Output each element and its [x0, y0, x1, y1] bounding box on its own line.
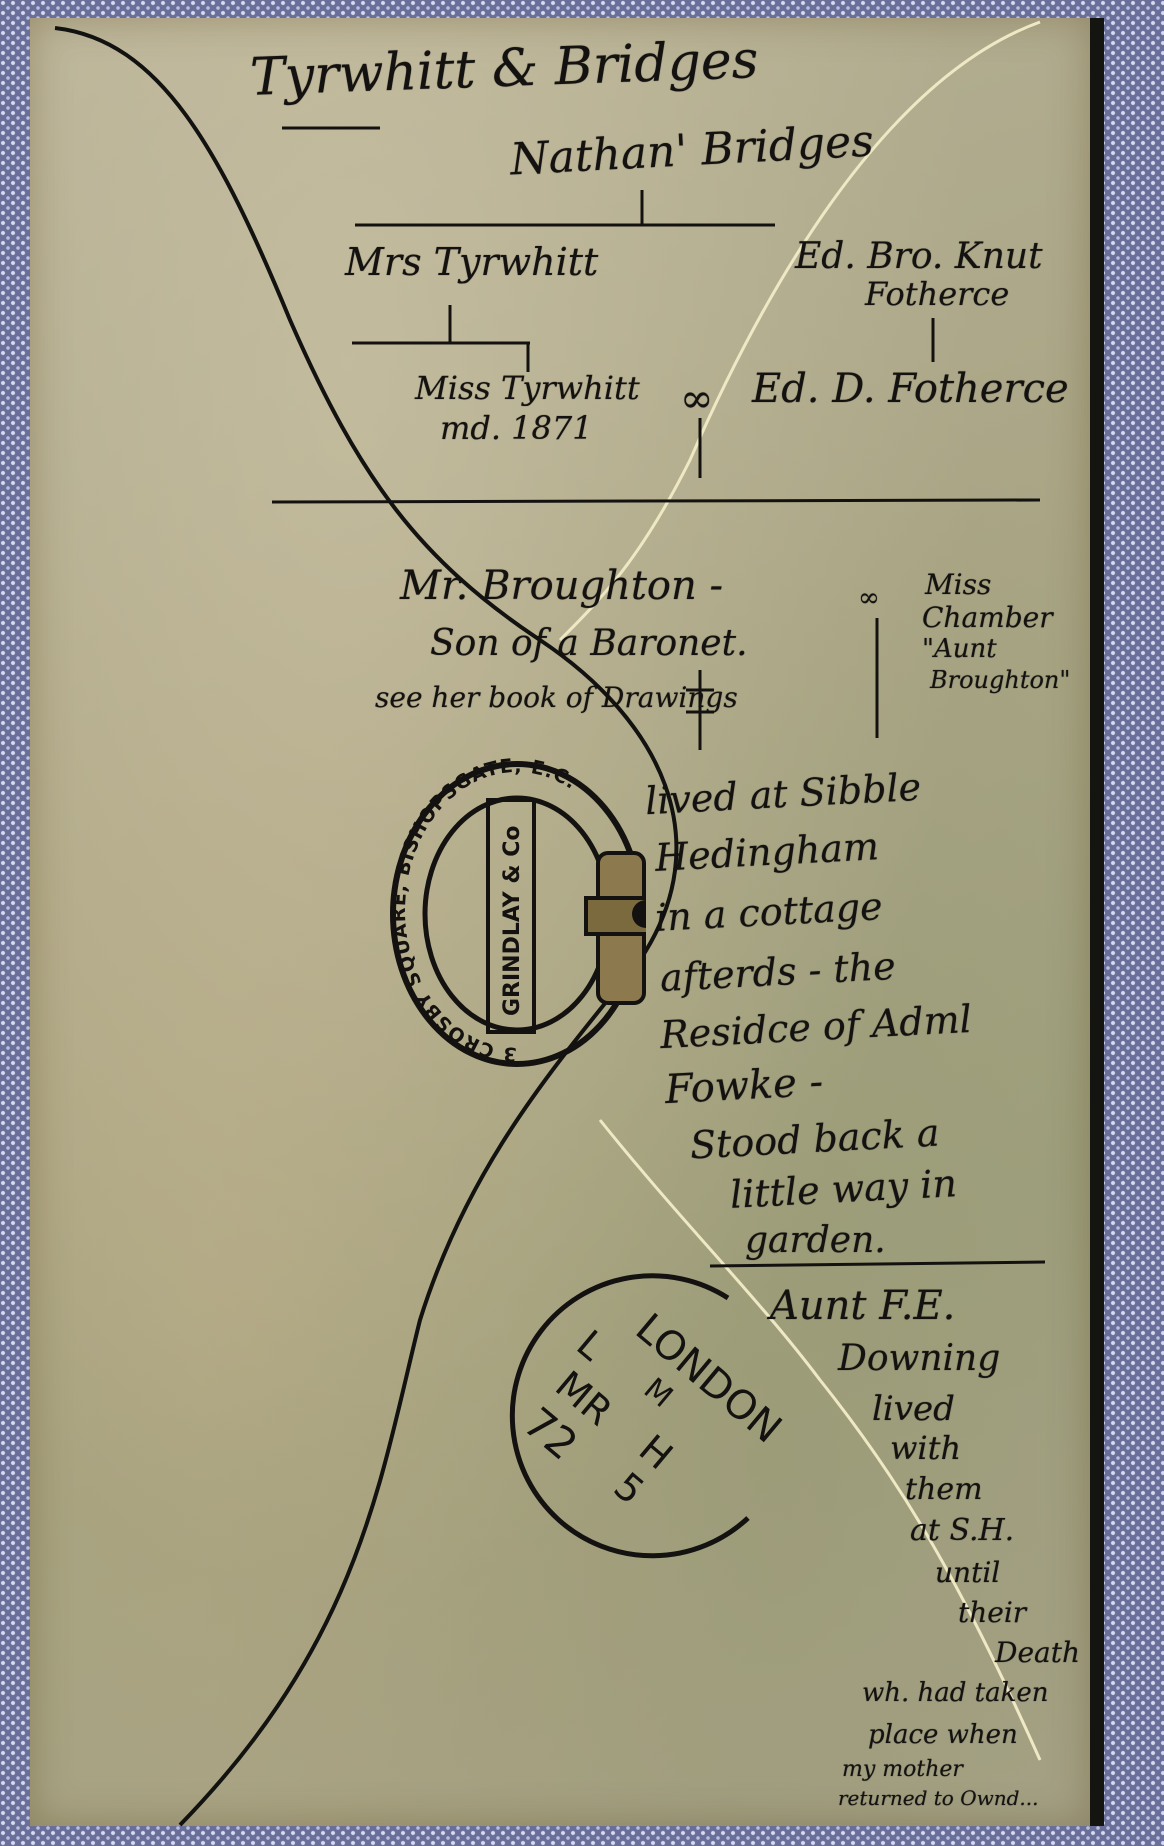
- narrative2-line: my mother: [842, 1758, 963, 1781]
- narrative2-line: with: [890, 1432, 961, 1466]
- narrative2-line: Death: [995, 1638, 1080, 1667]
- narrative2-line: place when: [868, 1722, 1018, 1749]
- broughton-line: Mr. Broughton -: [400, 565, 723, 607]
- narrative2-line: returned to Ownd...: [838, 1788, 1038, 1809]
- tree-marriage-symbol: ∞: [680, 378, 713, 420]
- broughton-marriage-symbol: ∞: [858, 585, 880, 612]
- tree-right-parent-1: Ed. Bro. Knut: [795, 238, 1043, 276]
- london-postmark: LONDON M L MR H 5 72: [478, 1268, 798, 1588]
- seal-center-text: GRINDLAY & Co: [500, 826, 525, 1017]
- narrative2-line: wh. had taken: [862, 1680, 1049, 1707]
- narrative2-line: Downing: [838, 1340, 1000, 1378]
- narrative-line: Fowke -: [664, 1061, 824, 1111]
- narrative2-line: at S.H.: [910, 1515, 1014, 1547]
- narrative2-line: them: [905, 1474, 983, 1506]
- narrative2-line: their: [958, 1598, 1026, 1627]
- spouse-line-3: "Aunt: [922, 636, 997, 663]
- spouse-line-1: Miss: [925, 570, 991, 599]
- baronet-line: Son of a Baronet.: [430, 625, 748, 663]
- spouse-line-4: Broughton": [930, 668, 1070, 693]
- tree-right-parent-2: Fotherce: [865, 278, 1009, 312]
- narrative2-line: lived: [872, 1392, 955, 1428]
- tree-grandchild-right: Ed. D. Fotherce: [752, 368, 1069, 410]
- tree-left-child: Mrs Tyrwhitt: [345, 243, 598, 283]
- tree-grandchild-left-2: md. 1871: [440, 412, 593, 446]
- tree-grandchild-left-1: Miss Tyrwhitt: [415, 372, 640, 406]
- narrative-line: garden.: [745, 1222, 886, 1260]
- postmark-city: LONDON: [627, 1305, 790, 1452]
- grindlay-seal-stamp: 3 CROSBY SQUARE, BISHOPSGATE, E.C. GRIND…: [388, 758, 646, 1070]
- spouse-line-2: Chamber: [922, 603, 1053, 632]
- drawings-line: see her book of Drawings: [375, 683, 738, 712]
- narrative2-line: until: [935, 1558, 1000, 1587]
